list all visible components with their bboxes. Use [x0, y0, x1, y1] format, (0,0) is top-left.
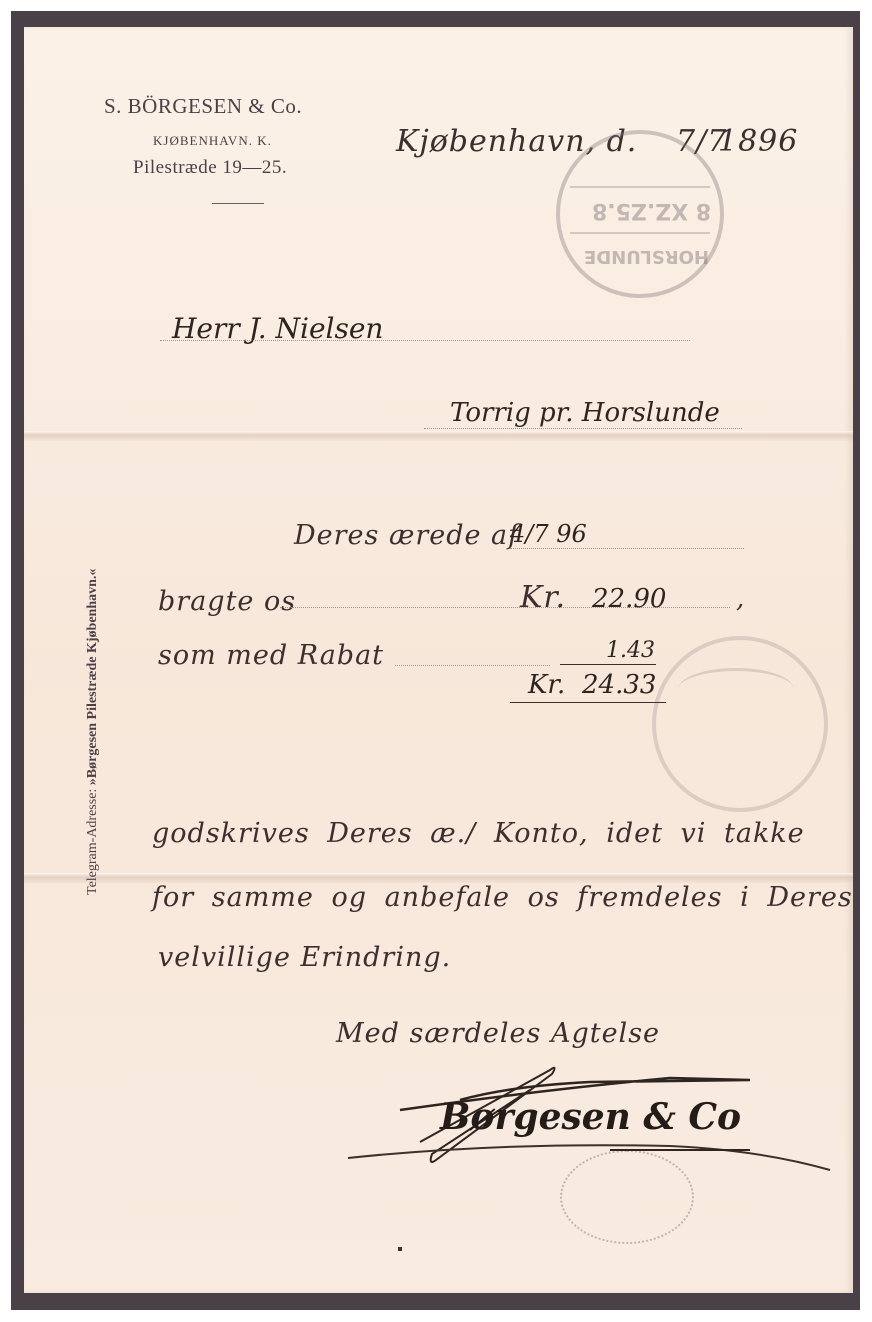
brought-suffix: , [736, 584, 745, 614]
postmark-place-text: HORSLUNDE [584, 246, 709, 267]
brought-amount: 22.90 [592, 584, 666, 614]
order-label: Deres ærede af [294, 520, 519, 551]
dateline-year: 1896 [718, 124, 798, 159]
discount-amount: 1.43 [606, 638, 655, 663]
total-currency: Kr. [528, 670, 565, 700]
postmark-stamp-top: 8 XZ.Z5.8 HORSLUNDE [556, 130, 724, 298]
postmark-stamp-middle [652, 636, 828, 812]
letterhead-divider [212, 203, 264, 204]
body-line-3: velvillige Erindring. [158, 942, 451, 973]
telegram-address: »Børgesen Pilestræde Kjøbenhavn.« [85, 569, 100, 786]
signature: Børgesen & Co [440, 1096, 741, 1138]
company-city: KJØBENHAVN. K. [153, 133, 272, 149]
closing-salutation: Med særdeles Agtelse [336, 1018, 660, 1049]
telegram-label: Telegram-Adresse: [85, 785, 100, 895]
recipient-name-line [160, 340, 690, 341]
fold-line-upper [24, 431, 853, 441]
body-line-1: godskrives Deres æ./ Konto, idet vi takk… [152, 818, 805, 849]
brought-label: bragte os [158, 586, 296, 617]
order-date: 4/7 96 [510, 520, 587, 548]
postmark-date-text: 8 XZ.Z5.8 [592, 198, 711, 223]
telegram-address-sidebar: Telegram-Adresse: »Børgesen Pilestræde K… [85, 569, 101, 895]
order-date-line [510, 548, 744, 549]
brought-currency: Kr. [520, 580, 566, 615]
company-name: S. BÖRGESEN & Co. [104, 94, 302, 119]
recipient-address: Torrig pr. Horslunde [450, 398, 720, 428]
body-line-2: for samme og anbefale os fremdeles i Der… [152, 882, 853, 913]
ink-dot [398, 1247, 402, 1251]
subtotal-rule [560, 664, 656, 665]
total-amount: 24.33 [582, 670, 656, 700]
total-rule [510, 702, 666, 703]
discount-label: som med Rabat [158, 640, 384, 671]
discount-line [395, 665, 550, 666]
recipient-address-line [424, 428, 742, 429]
company-street: Pilestræde 19—25. [133, 157, 287, 179]
